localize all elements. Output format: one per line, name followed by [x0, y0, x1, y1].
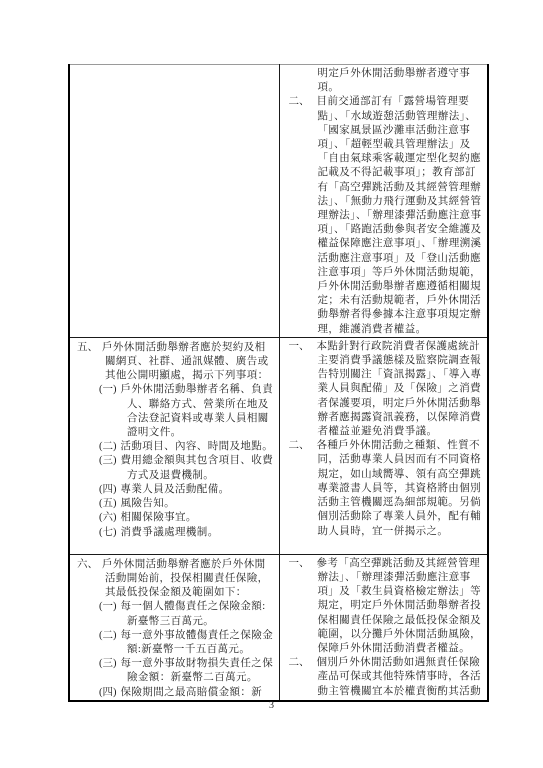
table-row: 五、戶外休閒活動舉辦者應於契約及相關網頁、社群、通訊媒體、廣告或其他公開明顯處，…	[69, 337, 488, 554]
item-marker: (三)	[99, 455, 121, 466]
provision-item: 二、個別戶外休閒活動如遇無責任保險產品可保或其他特殊情事時，各活動主管機關宜本於…	[289, 656, 484, 699]
provision-item: 一、參考「高空彈跳活動及其經營管理辦法」、「辦理漆彈活動應注意事項」及「救生員資…	[289, 557, 484, 656]
provision-sub-item: (一)戶外休閒活動舉辦者名稱、負責人、聯絡方式、營業所在地及合法登記資料或專業人…	[99, 383, 275, 440]
continued-text: 明定戶外休閒活動舉辦者遵守事項。	[289, 67, 484, 95]
cell-content	[70, 65, 279, 68]
page-number: 3	[0, 700, 543, 711]
provision-item: 二、各種戶外休閒活動之種類、性質不同，活動專業人員因而有不同資格規定，如山域嚮導…	[289, 439, 484, 538]
item-marker: (四)	[99, 687, 121, 698]
item-marker: (二)	[99, 630, 121, 641]
left-cell: 五、戶外休閒活動舉辦者應於契約及相關網頁、社群、通訊媒體、廣告或其他公開明顯處，…	[69, 337, 279, 554]
item-marker: (五)	[99, 498, 121, 509]
table-row: 六、戶外休閒活動舉辦者應於戶外休閒活動開始前，投保相關責任保險，其最低投保金額及…	[69, 554, 488, 701]
item-marker: 六、	[77, 559, 102, 570]
item-marker: 五、	[77, 342, 102, 353]
right-cell: 明定戶外休閒活動舉辦者遵守事項。二、目前交通部訂有「露營場管理要點」、「水域遊憩…	[279, 65, 488, 338]
provision-sub-item: (三)費用總金額與其包含項目、收費方式及退費機制。	[99, 454, 275, 482]
provision-comparison-table: 明定戶外休閒活動舉辦者遵守事項。二、目前交通部訂有「露營場管理要點」、「水域遊憩…	[68, 64, 489, 702]
provision-item: 五、戶外休閒活動舉辦者應於契約及相關網頁、社群、通訊媒體、廣告或其他公開明顯處，…	[77, 341, 275, 384]
provision-sub-item: (二)每一意外事故體傷責任之保險金額:新臺幣一千五百萬元。	[99, 629, 275, 657]
item-marker: 二、	[289, 657, 317, 668]
right-cell: 一、參考「高空彈跳活動及其經營管理辦法」、「辦理漆彈活動應注意事項」及「救生員資…	[279, 554, 488, 701]
cell-content: 明定戶外休閒活動舉辦者遵守事項。二、目前交通部訂有「露營場管理要點」、「水域遊憩…	[280, 65, 488, 337]
provision-item: 一、本點針對行政院消費者保護處統計主要消費爭議態樣及監察院調查報告特別關注「資訊…	[289, 340, 484, 439]
item-marker: 二、	[289, 440, 317, 451]
left-cell	[69, 65, 279, 338]
item-marker: (七)	[99, 527, 121, 538]
cell-content: 五、戶外休閒活動舉辦者應於契約及相關網頁、社群、通訊媒體、廣告或其他公開明顯處，…	[70, 338, 279, 540]
provision-sub-item: (五)風險告知。	[99, 497, 275, 511]
table-body: 明定戶外休閒活動舉辦者遵守事項。二、目前交通部訂有「露營場管理要點」、「水域遊憩…	[69, 65, 488, 701]
item-marker: 一、	[289, 341, 317, 352]
item-marker: (一)	[99, 601, 121, 612]
provision-sub-item: (一)每一個人體傷責任之保險金額:新臺幣三百萬元。	[99, 600, 275, 628]
provision-sub-item: (二)活動項目、內容、時間及地點。	[99, 440, 275, 454]
item-marker: (三)	[99, 658, 121, 669]
item-marker: (二)	[99, 441, 121, 452]
left-cell: 六、戶外休閒活動舉辦者應於戶外休閒活動開始前，投保相關責任保險，其最低投保金額及…	[69, 554, 279, 701]
item-marker: 二、	[289, 96, 317, 107]
provision-item: 六、戶外休閒活動舉辦者應於戶外休閒活動開始前，投保相關責任保險，其最低投保金額及…	[77, 558, 275, 601]
item-marker: (一)	[99, 384, 121, 395]
provision-sub-item: (七)消費爭議處理機制。	[99, 526, 275, 540]
cell-content: 六、戶外休閒活動舉辦者應於戶外休閒活動開始前，投保相關責任保險，其最低投保金額及…	[70, 555, 279, 700]
provision-sub-item: (三)每一意外事故財物損失責任之保險金額：新臺幣二百萬元。	[99, 657, 275, 685]
item-marker: (六)	[99, 512, 121, 523]
provision-sub-item: (六)相關保險事宜。	[99, 511, 275, 525]
right-cell: 一、本點針對行政院消費者保護處統計主要消費爭議態樣及監察院調查報告特別關注「資訊…	[279, 337, 488, 554]
provision-item: 二、目前交通部訂有「露營場管理要點」、「水域遊憩活動管理辦法」、「國家風景區沙灘…	[289, 95, 484, 336]
provision-sub-item: (四)專業人員及活動配備。	[99, 483, 275, 497]
table-row: 明定戶外休閒活動舉辦者遵守事項。二、目前交通部訂有「露營場管理要點」、「水域遊憩…	[69, 65, 488, 338]
cell-content: 一、參考「高空彈跳活動及其經營管理辦法」、「辦理漆彈活動應注意事項」及「救生員資…	[280, 555, 488, 699]
provision-sub-item: (四)保險期間之最高賠償金額：新	[99, 686, 275, 700]
item-marker: 一、	[289, 558, 317, 569]
item-marker: (四)	[99, 484, 121, 495]
cell-content: 一、本點針對行政院消費者保護處統計主要消費爭議態樣及監察院調查報告特別關注「資訊…	[280, 338, 488, 539]
